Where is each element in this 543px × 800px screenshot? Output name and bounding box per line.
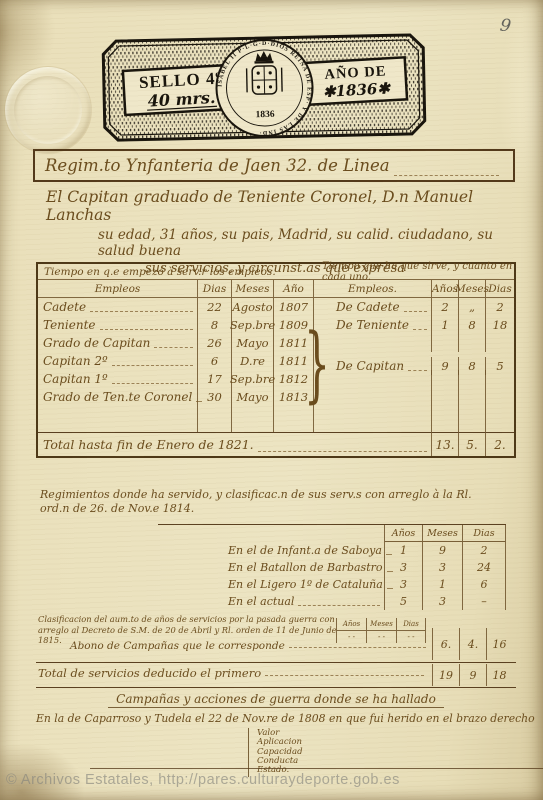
cell-meses: 8 bbox=[459, 357, 486, 375]
total-anos: 13. bbox=[432, 432, 459, 456]
filler bbox=[38, 406, 198, 432]
officer-details-line: su edad, 31 años, su pais, Madrid, su ca… bbox=[36, 227, 514, 259]
col-ano: Año bbox=[274, 280, 314, 298]
cell-mes: Mayo bbox=[232, 388, 274, 406]
total2-dias: 18 bbox=[486, 664, 512, 686]
divider bbox=[36, 687, 516, 688]
cell-dia: 6 bbox=[198, 352, 232, 370]
reg-col-meses: Meses bbox=[422, 525, 462, 542]
spacer bbox=[158, 525, 384, 542]
cell-dia: 30 bbox=[198, 388, 232, 406]
cell-servicio bbox=[314, 334, 432, 352]
regiments-table: Años Meses Dias En el de Infant.a de Sab… bbox=[158, 524, 506, 610]
pencil-page-number: 9 bbox=[499, 15, 513, 36]
cell-anos: 2 bbox=[432, 298, 459, 316]
grand-total-values: 19 9 18 bbox=[432, 664, 512, 686]
table-row: Teniente bbox=[38, 316, 198, 334]
cell-dia: 22 bbox=[198, 298, 232, 316]
mini-meses: Meses bbox=[366, 618, 396, 631]
cell-dias: 2 bbox=[486, 298, 514, 316]
archive-watermark: © Archivos Estatales, http://pares.cultu… bbox=[6, 772, 400, 788]
campaign-entry: En la de Caparroso y Tudela el 22 de Nov… bbox=[36, 712, 516, 725]
revenue-stamp: SELLO 4º 40 mrs. AÑO DE ✱1836✱ ISABEL II… bbox=[99, 31, 431, 144]
table-header-left: Tiempo en q.e empezó à serv.r los empleo… bbox=[38, 264, 314, 280]
cell-ano: 1807 bbox=[274, 298, 314, 316]
stamp-year-text: ✱1836✱ bbox=[323, 79, 392, 101]
reg-meses: 1 bbox=[422, 576, 462, 593]
mini-anos: Años bbox=[336, 618, 366, 631]
service-record-table: Tiempo en q.e empezó à serv.r los empleo… bbox=[36, 262, 516, 458]
total-row: Total hasta fin de Enero de 1821. bbox=[38, 432, 432, 456]
cell-mes: Sep.bre bbox=[232, 370, 274, 388]
total2-meses: 9 bbox=[459, 664, 486, 686]
reg-meses: 3 bbox=[422, 559, 462, 576]
regiment-title: Regim.to Ynfanteria de Jaen 32. de Linea bbox=[45, 156, 390, 175]
reg-meses: 9 bbox=[422, 542, 462, 559]
embossed-blind-seal bbox=[4, 66, 92, 154]
classification-section: Clasificacion del aum.to de años de serv… bbox=[36, 614, 516, 688]
reg-anos: 5 bbox=[384, 593, 422, 610]
cell-meses: „ bbox=[459, 298, 486, 316]
capitan-brace: } bbox=[304, 326, 330, 404]
stamp-medallion-year: 1836 bbox=[255, 110, 274, 120]
bottom-rule bbox=[90, 768, 543, 769]
campaigns-section: Campañas y acciones de guerra donde se h… bbox=[36, 692, 516, 777]
divider bbox=[36, 662, 516, 663]
reg-dias: 2 bbox=[462, 542, 506, 559]
list-item: En el actual bbox=[158, 593, 384, 610]
reg-col-anos: Años bbox=[384, 525, 422, 542]
cell-anos: 9 bbox=[432, 357, 459, 375]
table-header-right: Tiempo que ha que sirve, y cuanto en cad… bbox=[314, 264, 514, 280]
document-page: 9 SELLO 4º 40 mrs. AÑO DE ✱1 bbox=[0, 0, 543, 800]
cell-servicio: De Cadete bbox=[314, 298, 432, 316]
table-row: Grado de Capitan bbox=[38, 334, 198, 352]
abono-anos: 6. bbox=[432, 628, 459, 660]
campaigns-title: Campañas y acciones de guerra donde se h… bbox=[108, 692, 444, 708]
total-meses: 5. bbox=[459, 432, 486, 456]
list-item: En el de Infant.a de Saboya bbox=[158, 542, 384, 559]
officer-name-line: El Capitan graduado de Teniente Coronel,… bbox=[36, 188, 514, 224]
cell-dias bbox=[486, 388, 514, 406]
reg-anos: 1 bbox=[384, 542, 422, 559]
stamp-year-box: AÑO DE ✱1836✱ bbox=[305, 57, 407, 105]
cell-dias bbox=[486, 334, 514, 352]
cell-anos bbox=[432, 388, 459, 406]
grand-total-row: Total de servicios deducido el primero bbox=[38, 666, 428, 680]
cell-anos: 1 bbox=[432, 316, 459, 334]
cell-meses: 8 bbox=[459, 316, 486, 334]
reg-dias: 24 bbox=[462, 559, 506, 576]
cell-dia: 8 bbox=[198, 316, 232, 334]
cell-anos bbox=[432, 334, 459, 352]
reg-meses: 3 bbox=[422, 593, 462, 610]
cell-meses bbox=[459, 388, 486, 406]
regiments-heading: Regimientos donde ha servido, y clasific… bbox=[40, 488, 502, 516]
table-row: Cadete bbox=[38, 298, 198, 316]
regiment-title-box: Regim.to Ynfanteria de Jaen 32. de Linea bbox=[33, 149, 515, 182]
stamp-graphic: SELLO 4º 40 mrs. AÑO DE ✱1836✱ ISABEL II… bbox=[99, 31, 431, 144]
col-empleos2: Empleos. bbox=[314, 280, 432, 298]
mini-dias: Dias bbox=[396, 618, 426, 631]
col-dias: Dias bbox=[198, 280, 232, 298]
abono-values: 6. 4. 16 bbox=[432, 628, 512, 660]
cell-dias: 18 bbox=[486, 316, 514, 334]
col-dias2: Dias bbox=[486, 280, 514, 298]
table-row: Grado de Ten.te Coronel bbox=[38, 388, 198, 406]
abono-meses: 4. bbox=[459, 628, 486, 660]
reg-anos: 3 bbox=[384, 576, 422, 593]
reg-dias: – bbox=[462, 593, 506, 610]
title-leader bbox=[394, 175, 499, 176]
cell-mes: Mayo bbox=[232, 334, 274, 352]
cell-mes: Agosto bbox=[232, 298, 274, 316]
stamp-center-medallion: ISABEL II P·L·G·D·DIOS REINA DE ESP· Y D… bbox=[216, 39, 314, 137]
total-dias: 2. bbox=[486, 432, 514, 456]
cell-dia: 17 bbox=[198, 370, 232, 388]
cell-mes: Sep.bre bbox=[232, 316, 274, 334]
list-item: En el Batallon de Barbastro bbox=[158, 559, 384, 576]
cell-servicio: De Teniente bbox=[314, 316, 432, 334]
abono-dias: 16 bbox=[486, 628, 512, 660]
reg-col-dias: Dias bbox=[462, 525, 506, 542]
cell-servicio: De Capitan bbox=[314, 357, 432, 375]
cell-dias: 5 bbox=[486, 357, 514, 375]
col-meses2: Meses bbox=[459, 280, 486, 298]
reg-dias: 6 bbox=[462, 576, 506, 593]
cell-meses bbox=[459, 334, 486, 352]
list-item: En el Ligero 1º de Cataluña bbox=[158, 576, 384, 593]
table-row: Capitan 1º bbox=[38, 370, 198, 388]
col-meses: Meses bbox=[232, 280, 274, 298]
cell-servicio bbox=[314, 388, 432, 406]
qualities-list: Valor Aplicacion Capacidad Conducta Esta… bbox=[248, 728, 377, 777]
reg-anos: 3 bbox=[384, 559, 422, 576]
cell-mes: D.re bbox=[232, 352, 274, 370]
cell-dia: 26 bbox=[198, 334, 232, 352]
col-empleos: Empleos bbox=[38, 280, 198, 298]
table-row: Capitan 2º bbox=[38, 352, 198, 370]
abono-row: Abono de Campañas que le corresponde bbox=[70, 640, 430, 652]
total2-anos: 19 bbox=[432, 664, 459, 686]
